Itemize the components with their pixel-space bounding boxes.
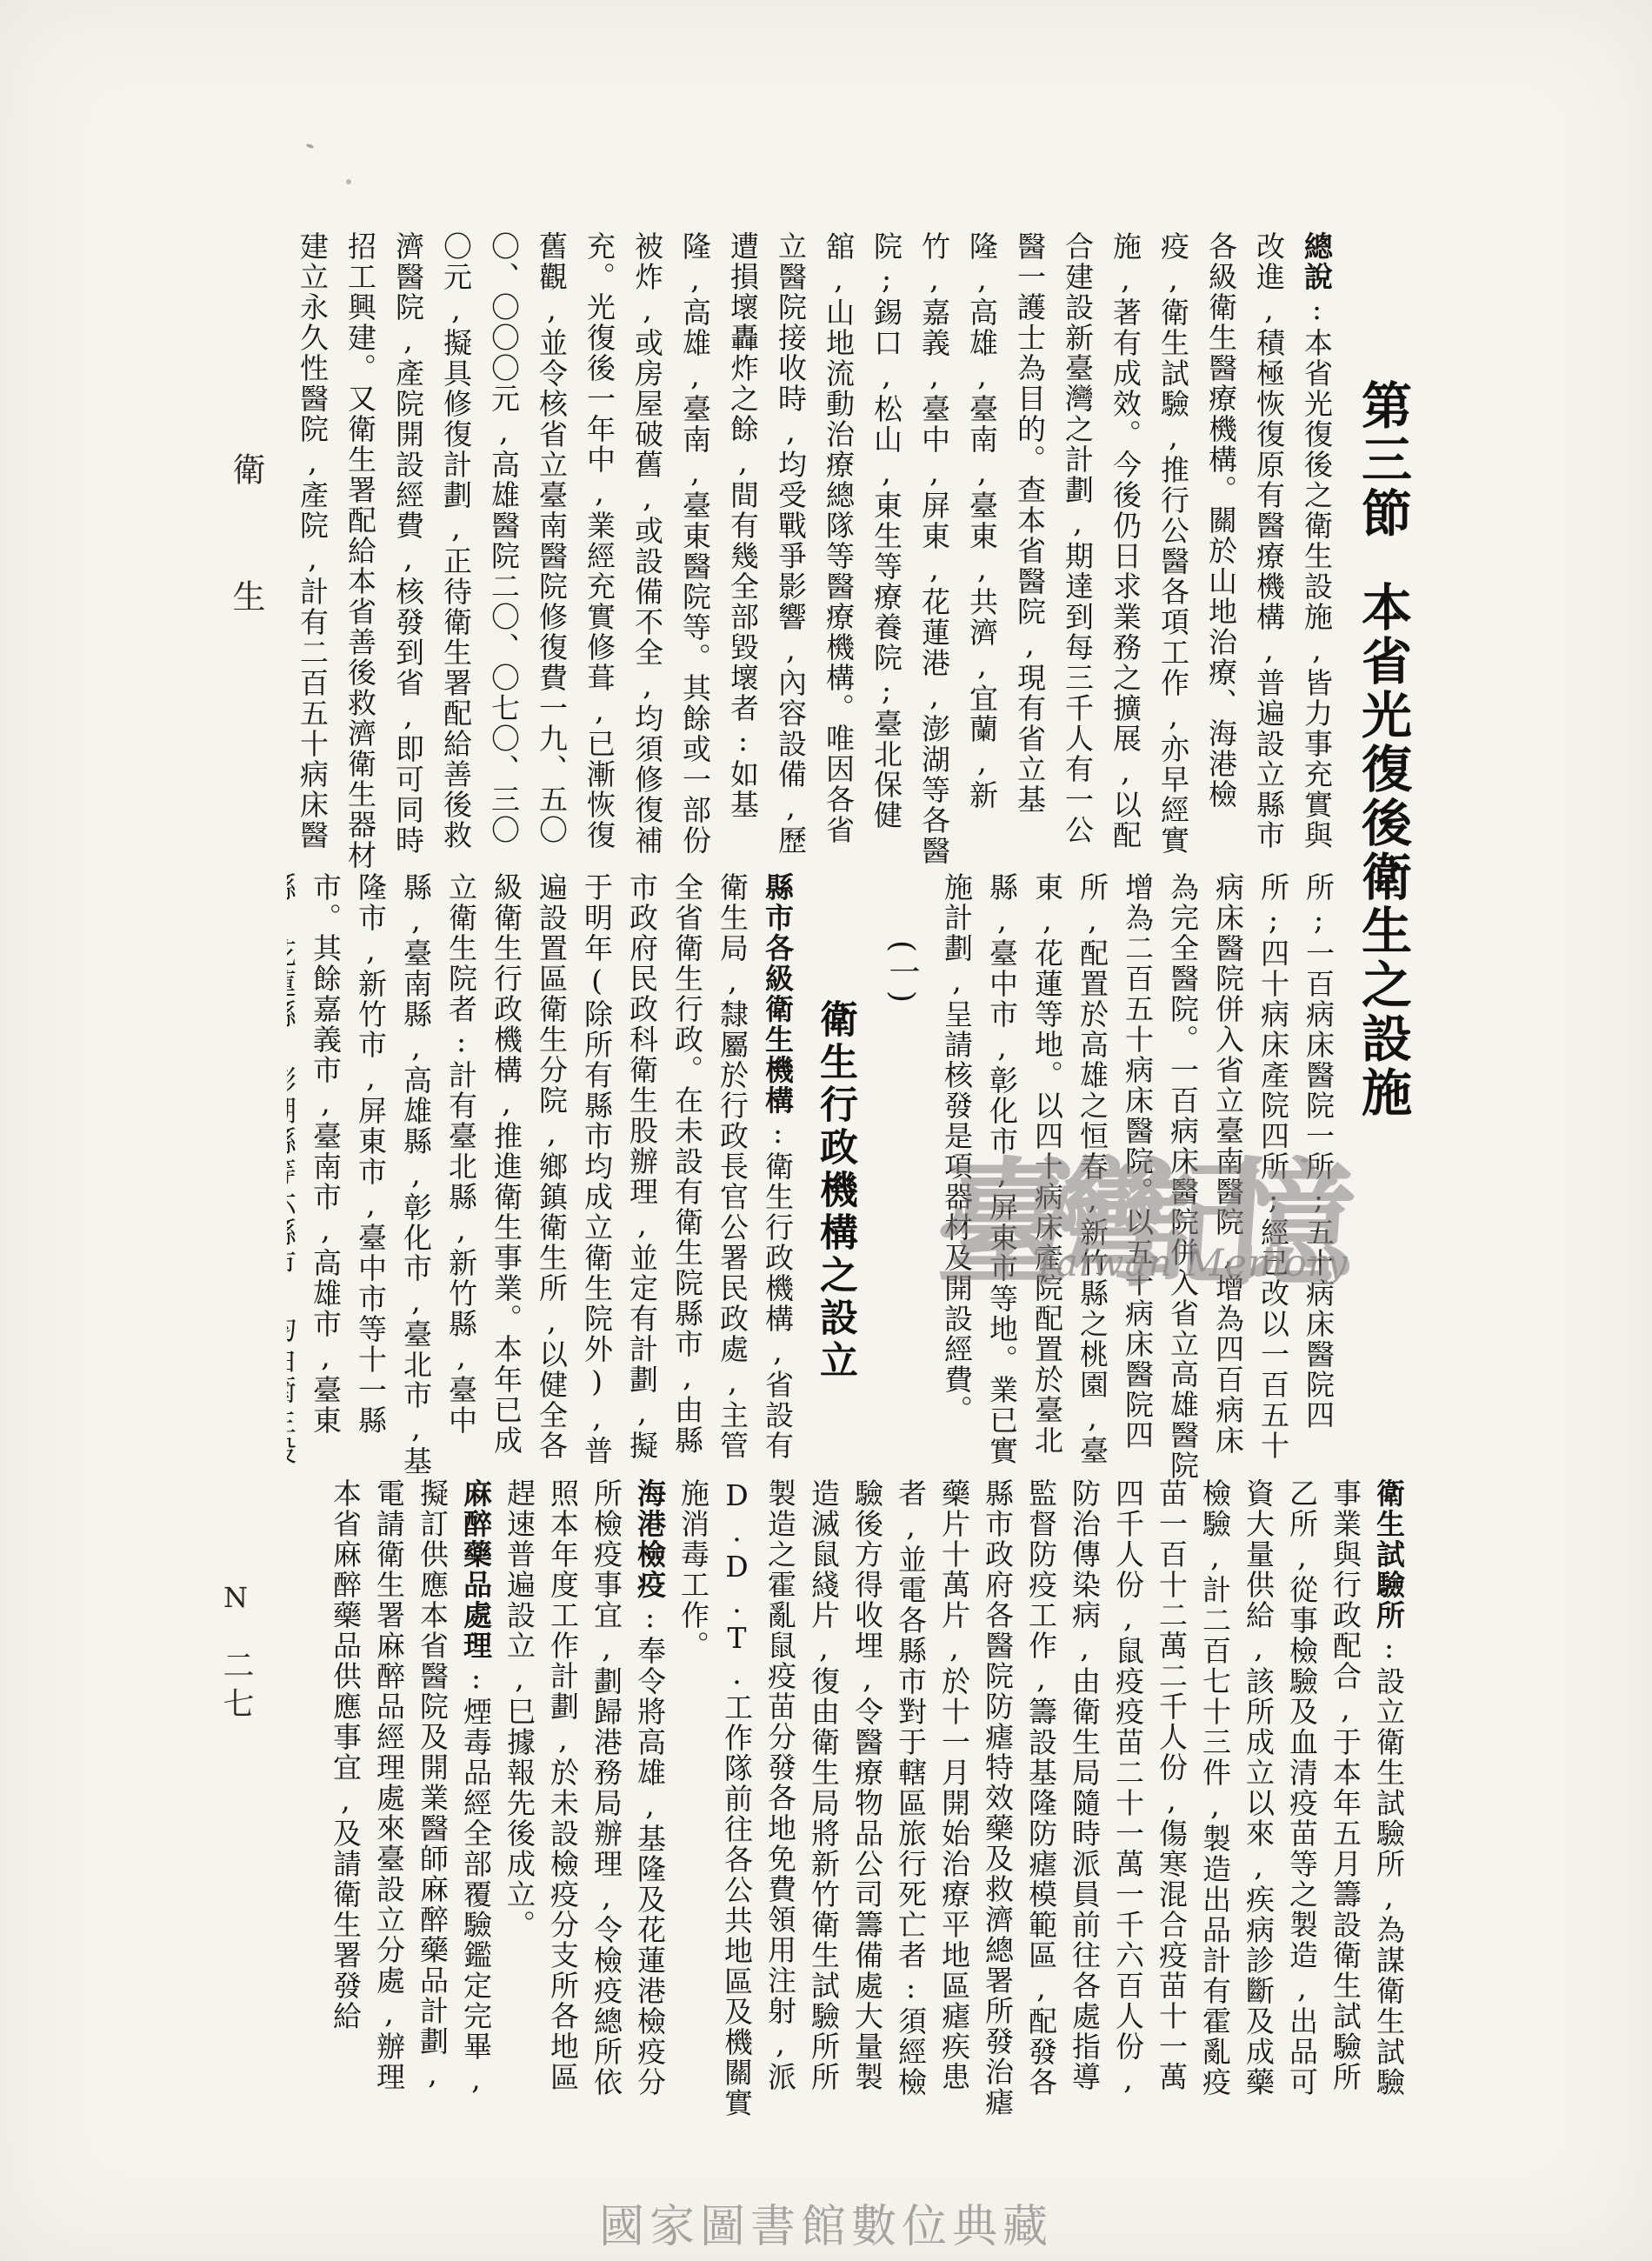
scan-speck — [306, 143, 315, 150]
scan-speck — [346, 179, 351, 184]
page-number-letter: N — [219, 1581, 252, 1614]
library-footer-caption: 國家圖書館數位典藏 — [599, 2190, 1053, 2255]
paragraph-body: :本省光復後之衛生設施,皆力事充實與改進,積極恢復原有醫療機構,普遍設立縣市各級… — [287, 231, 1334, 870]
taiwan-memory-watermark-latin: Taiwan Memory — [1033, 1242, 1349, 1285]
page-number-digits: 二七 — [214, 1649, 258, 1725]
paragraph-body: :設立衛生試驗所,為謀衛生試驗事業與行政配合,于本年五月籌設衛生試驗所乙所,從事… — [676, 1478, 1406, 2118]
text-band-bottom: 衛生試驗所:設立衛生試驗所,為謀衛生試驗事業與行政配合,于本年五月籌設衛生試驗所… — [287, 1478, 1410, 2122]
subsection-number: (一) — [869, 872, 934, 1481]
margin-running-title: 衛生 — [223, 452, 270, 817]
paragraph-lead: 縣市各級衛生機構 — [761, 872, 795, 1116]
paragraph-lead: 衛生試驗所 — [1372, 1478, 1406, 1631]
paragraph-health-admin: 縣市各級衛生機構:衛生行政機構,省設有衛生局,隸屬於行政長官公署民政處,主管全省… — [287, 872, 800, 1481]
page-number: N二七 — [214, 1581, 258, 1807]
paragraph-lead: 總說 — [1300, 231, 1334, 292]
paragraph-lead: 麻醉藥品處理 — [459, 1478, 493, 1661]
paragraph-body: :衛生行政機構,省設有衛生局,隸屬於行政長官公署民政處,主管全省衛生行政。在未設… — [287, 872, 795, 1477]
paragraph-lead: 海港檢疫 — [633, 1478, 667, 1600]
section-heading: 第三節本省光復後衛生之設施 — [1346, 379, 1419, 1188]
subsection-title: 衛生行政機構之設立 — [800, 872, 869, 1481]
paragraph-health-laboratory: 衛生試驗所:設立衛生試驗所,為謀衛生試驗事業與行政配合,于本年五月籌設衛生試驗所… — [671, 1478, 1410, 2122]
section-number-label: 第三節 — [1353, 379, 1412, 541]
scanned-document-page: { "page": { "section_label": "第三節", "sec… — [0, 0, 1652, 2261]
section-title-text: 本省光復後衛生之設施 — [1346, 581, 1419, 1120]
paragraph-narcotics-handling: 麻醉藥品處理:煙毒品經全部覆驗鑑定完畢,擬訂供應本省醫院及開業醫師麻醉藥品計劃,… — [323, 1478, 497, 2122]
paragraph-general-remarks: 總說:本省光復後之衛生設施,皆力事充實與改進,積極恢復原有醫療機構,普遍設立縣市… — [287, 231, 1341, 875]
text-band-top: 總說:本省光復後之衛生設施,皆力事充實與改進,積極恢復原有醫療機構,普遍設立縣市… — [287, 231, 1341, 875]
paragraph-port-quarantine: 海港檢疫:奉令將高雄,基隆及花蓮港檢疫分所檢疫事宜,劃歸港務局辦理,令檢疫總所依… — [497, 1478, 671, 2122]
